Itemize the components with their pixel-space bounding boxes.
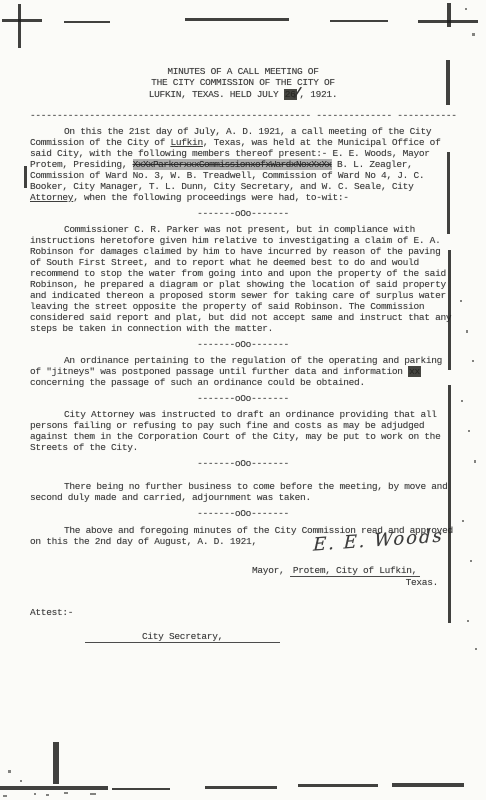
scan-artifact — [24, 166, 27, 188]
handwritten-date-correction: / — [294, 88, 300, 99]
scan-artifact — [447, 3, 451, 27]
separator-ooo: -------oOo------- — [30, 208, 456, 219]
scan-artifact — [470, 560, 472, 562]
signature-block: E. E. Woods Mayor, Protem, City of Lufki… — [30, 549, 456, 593]
scan-artifact — [448, 385, 451, 623]
document-content: MINUTES OF A CALL MEETING OF THE CITY CO… — [30, 66, 456, 643]
p3-text-b: concerning the passage of such an ordina… — [30, 377, 365, 388]
mayor-label: Mayor, — [252, 565, 290, 576]
title-line-3: LUFKIN, TEXAS. HELD JULY 26/, 1921. — [30, 88, 456, 100]
scan-artifact — [462, 520, 464, 522]
document-title: MINUTES OF A CALL MEETING OF THE CITY CO… — [30, 66, 456, 100]
separator-ooo: -------oOo------- — [30, 393, 456, 404]
scan-artifact — [46, 794, 49, 796]
scan-artifact — [466, 330, 468, 333]
p3-overtyped: xx — [408, 366, 421, 377]
p1-struck-out-text: XxXxParkerxxxCommissionxofxWardxNoxXxXx — [133, 159, 332, 170]
dashed-rule: ----------------------------------------… — [30, 110, 456, 121]
separator-ooo: -------oOo------- — [30, 508, 456, 519]
p1-lufkin-underlined: Lufkin — [170, 137, 202, 148]
title-line-2: THE CITY COMMISSION OF THE CITY OF — [30, 77, 456, 88]
title-line-1: MINUTES OF A CALL MEETING OF — [30, 66, 456, 77]
scan-artifact — [467, 620, 469, 622]
scan-artifact — [330, 20, 388, 22]
scan-artifact — [461, 400, 463, 402]
scan-artifact — [468, 430, 470, 432]
scan-artifact — [205, 786, 277, 789]
scan-artifact — [53, 742, 59, 784]
paragraph-opening: On this the 21st day of July, A. D. 1921… — [30, 126, 456, 203]
attest-label: Attest:- — [30, 607, 456, 618]
scan-artifact — [448, 250, 451, 370]
scan-artifact — [392, 783, 464, 787]
separator-ooo: -------oOo------- — [30, 339, 456, 350]
scan-artifact — [2, 19, 42, 22]
scan-artifact — [64, 21, 110, 23]
mayor-title-line2: Texas. — [406, 577, 438, 588]
mayor-title-line: Mayor, Protem, City of Lufkin, — [252, 565, 420, 576]
scan-artifact — [465, 8, 467, 10]
scan-artifact — [34, 793, 36, 795]
scan-artifact — [185, 18, 289, 21]
scan-artifact — [474, 460, 476, 463]
p1-attorney-underlined: Attorney — [30, 192, 73, 203]
scan-artifact — [472, 360, 474, 362]
scan-artifact — [0, 786, 108, 790]
scan-artifact — [472, 33, 475, 36]
scan-artifact — [447, 152, 450, 234]
scan-artifact — [298, 784, 378, 787]
paragraph-parker-robinson: Commissioner C. R. Parker was not presen… — [30, 224, 456, 334]
mayor-title-on-line: Protem, City of Lufkin, — [290, 565, 420, 577]
scan-artifact — [112, 788, 170, 790]
title-line-3-year: , 1921. — [299, 89, 337, 100]
paragraph-jitneys: An ordinance pertaining to the regulatio… — [30, 355, 456, 388]
scan-artifact — [90, 793, 96, 795]
scan-artifact — [64, 792, 68, 794]
scan-artifact — [475, 648, 477, 650]
scan-artifact — [20, 780, 22, 782]
separator-ooo: -------oOo------- — [30, 458, 456, 469]
scan-artifact — [8, 770, 11, 773]
scan-artifact — [3, 795, 7, 797]
mayor-signature-handwritten: E. E. Woods — [313, 530, 444, 550]
scan-artifact — [18, 4, 21, 48]
city-secretary-signature-line: City Secretary, — [85, 631, 280, 643]
title-line-3-text: LUFKIN, TEXAS. HELD JULY — [149, 89, 284, 100]
scanned-minutes-page: MINUTES OF A CALL MEETING OF THE CITY CO… — [0, 0, 486, 800]
scan-artifact — [460, 300, 462, 302]
p1-text-d: , when the following proceedings were ha… — [73, 192, 348, 203]
p3-text-a: An ordinance pertaining to the regulatio… — [30, 355, 442, 377]
paragraph-city-attorney: City Attorney was instructed to draft an… — [30, 409, 456, 453]
paragraph-adjournment: There being no further business to come … — [30, 481, 456, 503]
scan-artifact — [446, 60, 450, 105]
